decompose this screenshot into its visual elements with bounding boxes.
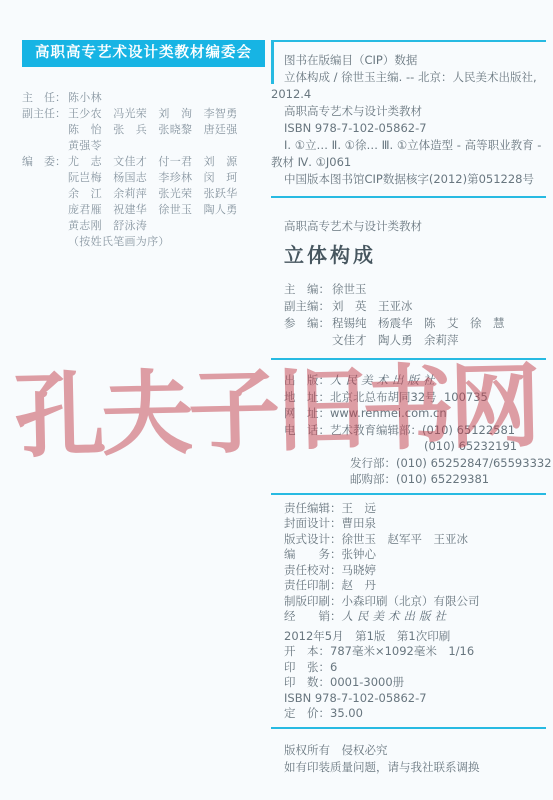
credit-row-label: 封面设计： [284, 516, 342, 532]
printing-row-value: 787毫米×1092毫米 1/16 [330, 644, 474, 660]
printing-block: 2012年5月 第1版 第1次印刷 开 本：787毫米×1092毫米 1/16 … [271, 629, 546, 722]
price-row: 定 价：35.00 [284, 706, 546, 722]
credit-row-value: 徐世玉 赵军平 王亚冰 [342, 532, 469, 548]
cip-line: 教材 Ⅳ. ①J061 [271, 154, 546, 171]
committee-row: 黄强苓 [22, 138, 265, 154]
publisher-row-label: 地 址： [284, 389, 330, 406]
credit-row-label: 版式设计： [284, 532, 342, 548]
publisher-row-label: 发行部： [350, 455, 396, 472]
committee-header-bar: 高职高专艺术设计类教材编委会 [22, 40, 265, 67]
cip-line: 图书在版编目（CIP）数据 [284, 52, 546, 69]
price-label: 定 价： [284, 706, 330, 722]
publisher-row: 出 版：人民美术出版社 [284, 372, 546, 389]
section-divider [271, 196, 546, 198]
isbn-line: ISBN 978-7-102-05862-7 [284, 691, 546, 707]
copyright-notice: 版权所有 侵权必究 如有印装质量问题，请与我社联系调换 [271, 742, 546, 777]
cip-line: 2012.4 [271, 86, 546, 103]
cip-block: 图书在版编目（CIP）数据 立体构成 / 徐世玉主编. -- 北京：人民美术出版… [271, 52, 546, 188]
book-editor-row: 参 编：程锡纯 杨震华 陈 艾 徐 慧 [284, 315, 546, 332]
committee-row-label [22, 138, 68, 154]
printing-row: 印 数：0001-3000册 [284, 675, 546, 691]
publisher-block: 出 版：人民美术出版社 地 址：北京北总布胡同32号 100735 网 址：ww… [271, 372, 546, 488]
printing-row: 开 本：787毫米×1092毫米 1/16 [284, 644, 546, 660]
exchange-line: 如有印装质量问题，请与我社联系调换 [284, 759, 546, 777]
committee-row-names: 阮岂梅 杨国志 李珍林 闵 珂 [68, 170, 238, 186]
committee-row-names: 尤 志 文佳才 付一君 刘 源 [68, 154, 238, 170]
editor-row-label: 主 编： [284, 281, 332, 298]
publisher-row-label: 网 址： [284, 405, 330, 422]
credit-row: 制版印刷：小森印刷（北京）有限公司 [284, 594, 546, 610]
credits-block: 责任编辑：王 远 封面设计：曹田泉 版式设计：徐世玉 赵军平 王亚冰 编 务：张… [271, 501, 546, 625]
book-editor-row: 主 编：徐世玉 [284, 281, 546, 298]
editor-row-label [284, 332, 332, 349]
credit-row: 责任编辑：王 远 [284, 501, 546, 517]
publisher-row-label: 邮购部： [350, 471, 396, 488]
credit-row: 责任印制：赵 丹 [284, 578, 546, 594]
book-series: 高职高专艺术与设计类教材 [284, 218, 546, 235]
book-title: 立体构成 [284, 239, 546, 268]
editor-row-value: 徐世玉 [332, 281, 367, 298]
colophon-page: 高职高专艺术设计类教材编委会 主 任：陈小林 副主任：王少农 冯光荣 刘 洵 李… [0, 0, 553, 800]
corner-vertical-rule [271, 42, 274, 84]
credit-row-value: 曹田泉 [342, 516, 377, 532]
committee-row: 编 委：尤 志 文佳才 付一君 刘 源 [22, 154, 265, 170]
printing-row: 印 张：6 [284, 660, 546, 676]
credit-row-label: 经 销： [284, 609, 342, 625]
cip-line: Ⅰ. ①立… Ⅱ. ①徐… Ⅲ. ①立体造型 - 高等职业教育 - [284, 137, 546, 154]
credit-row: 编 务：张钟心 [284, 547, 546, 563]
committee-note: （按姓氏笔画为序） [68, 234, 170, 250]
publisher-row: 电 话：艺术教育编辑部：(010) 65122581 [284, 422, 546, 439]
credit-row: 责任校对：马晓婷 [284, 563, 546, 579]
printing-row-label: 印 张： [284, 660, 330, 676]
publisher-name-script: 人民美术出版社 [330, 372, 439, 389]
committee-row-names: 陈 怡 张 兵 张晓黎 唐廷强 [68, 122, 238, 138]
committee-row-label: 主 任： [22, 90, 68, 106]
mailorder-phone: (010) 65229381 [396, 471, 489, 488]
publisher-row-label: 电 话： [284, 422, 330, 439]
committee-row-label: 编 委： [22, 154, 68, 170]
cip-line: ISBN 978-7-102-05862-7 [284, 120, 546, 137]
price-value: 35.00 [330, 706, 363, 722]
book-block: 高职高专艺术与设计类教材 立体构成 主 编：徐世玉 副主编：刘 英 王亚冰 参 … [271, 218, 546, 349]
credit-row-value: 王 远 [342, 501, 377, 517]
publisher-phone: 艺术教育编辑部：(010) 65122581 [330, 422, 515, 439]
committee-row-names: 王少农 冯光荣 刘 洵 李智勇 [68, 106, 238, 122]
credit-row-value: 赵 丹 [342, 578, 377, 594]
right-column: 图书在版编目（CIP）数据 立体构成 / 徐世玉主编. -- 北京：人民美术出版… [271, 40, 546, 777]
distributor-name-script: 人民美术出版社 [342, 609, 451, 625]
printing-row-label: 开 本： [284, 644, 330, 660]
cip-line: 高职高专艺术与设计类教材 [284, 103, 546, 120]
credit-row-label: 责任校对： [284, 563, 342, 579]
publisher-row: 邮购部：(010) 65229381 [284, 471, 546, 488]
editor-row-value: 程锡纯 杨震华 陈 艾 徐 慧 [332, 315, 505, 332]
credit-row-label: 制版印刷： [284, 594, 342, 610]
committee-row-label: 副主任： [22, 106, 68, 122]
committee-row-label [22, 202, 68, 218]
publisher-row-value: 北京北总布胡同32号 100735 [330, 389, 488, 406]
committee-row: （按姓氏笔画为序） [22, 234, 265, 250]
credit-row-label: 责任印制： [284, 578, 342, 594]
credit-row: 封面设计：曹田泉 [284, 516, 546, 532]
distribution-phone: (010) 65252847/65593332 [396, 455, 552, 472]
book-editor-rows: 主 编：徐世玉 副主编：刘 英 王亚冰 参 编：程锡纯 杨震华 陈 艾 徐 慧 … [284, 281, 546, 349]
committee-row: 副主任：王少农 冯光荣 刘 洵 李智勇 [22, 106, 265, 122]
credit-row-label: 编 务： [284, 547, 342, 563]
committee-row: 庞君雁 祝建华 徐世玉 陶人勇 [22, 202, 265, 218]
committee-row-names: 庞君雁 祝建华 徐世玉 陶人勇 [68, 202, 238, 218]
cip-line: 立体构成 / 徐世玉主编. -- 北京：人民美术出版社, [284, 69, 546, 86]
cip-line: 中国版本图书馆CIP数据核字(2012)第051228号 [284, 171, 546, 188]
committee-panel: 高职高专艺术设计类教材编委会 主 任：陈小林 副主任：王少农 冯光荣 刘 洵 李… [22, 40, 265, 250]
top-corner-rule [271, 40, 546, 42]
committee-row: 余 江 余莉萍 张光荣 张跃华 [22, 186, 265, 202]
committee-row-names: 陈小林 [68, 90, 102, 106]
editor-row-label: 参 编： [284, 315, 332, 332]
committee-row: 阮岂梅 杨国志 李珍林 闵 珂 [22, 170, 265, 186]
printing-row-value: 6 [330, 660, 337, 676]
credit-row-value: 小森印刷（北京）有限公司 [342, 594, 480, 610]
committee-row: 主 任：陈小林 [22, 90, 265, 106]
committee-row-label [22, 122, 68, 138]
committee-row-names: 黄强苓 [68, 138, 102, 154]
credit-row: 版式设计：徐世玉 赵军平 王亚冰 [284, 532, 546, 548]
edition-line: 2012年5月 第1版 第1次印刷 [284, 629, 546, 645]
publisher-website: www.renmei.com.cn [330, 405, 447, 422]
publisher-row-label: 出 版： [284, 372, 330, 389]
committee-rows: 主 任：陈小林 副主任：王少农 冯光荣 刘 洵 李智勇 陈 怡 张 兵 张晓黎 … [22, 90, 265, 250]
publisher-row: 地 址：北京北总布胡同32号 100735 [284, 389, 546, 406]
editor-row-label: 副主编： [284, 298, 332, 315]
credit-row-value: 马晓婷 [342, 563, 377, 579]
credit-row-value: 张钟心 [342, 547, 377, 563]
publisher-row: 网 址：www.renmei.com.cn [284, 405, 546, 422]
committee-row-label [22, 234, 68, 250]
editor-row-value: 刘 英 王亚冰 [332, 298, 413, 315]
section-divider [271, 493, 546, 495]
committee-row-names: 黄志刚 舒泳涛 [68, 218, 147, 234]
printing-row-value: 0001-3000册 [330, 675, 404, 691]
section-divider [271, 358, 546, 360]
credit-row-label: 责任编辑： [284, 501, 342, 517]
printing-row-label: 印 数： [284, 675, 330, 691]
committee-row-names: 余 江 余莉萍 张光荣 张跃华 [68, 186, 238, 202]
editor-row-value: 文佳才 陶人勇 余莉萍 [332, 332, 459, 349]
copyright-line: 版权所有 侵权必究 [284, 742, 546, 760]
book-editor-row: 副主编：刘 英 王亚冰 [284, 298, 546, 315]
committee-row-label [22, 186, 68, 202]
publisher-phone-2: (010) 65232191 [424, 438, 517, 455]
credit-row: 经 销：人民美术出版社 [284, 609, 546, 625]
committee-row-label [22, 170, 68, 186]
committee-row-label [22, 218, 68, 234]
section-divider [271, 727, 546, 729]
committee-row: 陈 怡 张 兵 张晓黎 唐廷强 [22, 122, 265, 138]
publisher-row: (010) 65232191 [284, 438, 546, 455]
committee-row: 黄志刚 舒泳涛 [22, 218, 265, 234]
book-editor-row: 文佳才 陶人勇 余莉萍 [284, 332, 546, 349]
publisher-row: 发行部：(010) 65252847/65593332 [284, 455, 546, 472]
